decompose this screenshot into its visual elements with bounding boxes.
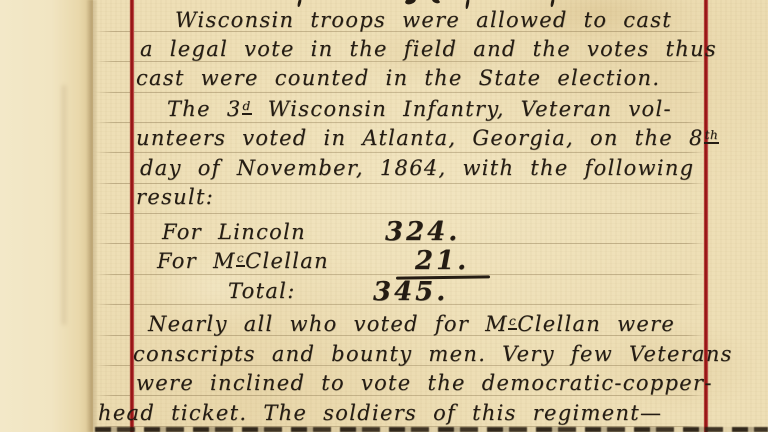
tally-lincoln-value: 324. bbox=[385, 219, 460, 245]
manuscript-line-6: day of November, 1864, with the followin… bbox=[140, 158, 694, 179]
ruled-line bbox=[95, 213, 705, 214]
line4-text: Wisconsin Infantry, Veteran vol- bbox=[252, 97, 672, 121]
tally-total-value: 345. bbox=[373, 279, 448, 305]
manuscript-line-4: The 3d Wisconsin Infantry, Veteran vol- bbox=[167, 99, 672, 120]
mcclellan-text: Clellan bbox=[245, 249, 329, 273]
manuscript-line-1: Wisconsin troops were allowed to cast bbox=[175, 10, 672, 31]
cutoff-previous-line-mark bbox=[550, 0, 555, 7]
ruled-line bbox=[95, 61, 705, 62]
superscript-c: c bbox=[508, 314, 517, 330]
ruled-line bbox=[95, 152, 705, 153]
manuscript-line-14: head ticket. The soldiers of this regime… bbox=[98, 403, 662, 424]
mcclellan-text: For M bbox=[157, 249, 236, 273]
paper-grain-texture bbox=[0, 0, 768, 432]
manuscript-line-7: result: bbox=[136, 187, 214, 208]
ruled-line bbox=[95, 395, 705, 396]
paper-crease-streak bbox=[62, 85, 66, 325]
superscript-c: c bbox=[236, 251, 245, 267]
line11-text: Nearly all who voted for M bbox=[148, 312, 508, 336]
manuscript-page-photo: Wisconsin troops were allowed to cast a … bbox=[0, 0, 768, 432]
red-margin-line-left bbox=[130, 0, 134, 432]
left-page-edge bbox=[0, 0, 93, 432]
cutoff-previous-line-mark bbox=[297, 0, 302, 7]
manuscript-line-12: conscripts and bounty men. Very few Vete… bbox=[133, 344, 733, 365]
manuscript-line-3: cast were counted in the State election. bbox=[136, 68, 660, 89]
tally-lincoln-label: For Lincoln bbox=[162, 222, 306, 243]
superscript-d: d bbox=[242, 99, 252, 115]
ruled-line bbox=[95, 183, 705, 184]
cutoff-previous-line-mark bbox=[404, 0, 416, 6]
superscript-th: th bbox=[704, 128, 720, 144]
cutoff-next-line-band bbox=[95, 427, 768, 432]
tally-total-label: Total: bbox=[228, 281, 296, 302]
ruled-line bbox=[95, 92, 705, 93]
ruled-line bbox=[95, 274, 705, 275]
manuscript-line-5: unteers voted in Atlanta, Georgia, on th… bbox=[136, 128, 719, 149]
cutoff-previous-line-mark bbox=[432, 0, 441, 4]
line4-text: The 3 bbox=[167, 97, 242, 121]
line11-text: Clellan were bbox=[517, 312, 675, 336]
manuscript-line-13: were inclined to vote the democratic-cop… bbox=[136, 373, 713, 394]
page-binding-crease bbox=[86, 0, 98, 432]
red-margin-line-right bbox=[704, 0, 708, 432]
ruled-line bbox=[95, 122, 705, 123]
tally-mcclellan-value: 21. bbox=[415, 248, 469, 274]
manuscript-line-2: a legal vote in the field and the votes … bbox=[140, 39, 717, 60]
manuscript-line-11: Nearly all who voted for McClellan were bbox=[148, 314, 675, 335]
line5-text: unteers voted in Atlanta, Georgia, on th… bbox=[136, 126, 704, 150]
tally-mcclellan-label: For McClellan bbox=[157, 251, 329, 272]
